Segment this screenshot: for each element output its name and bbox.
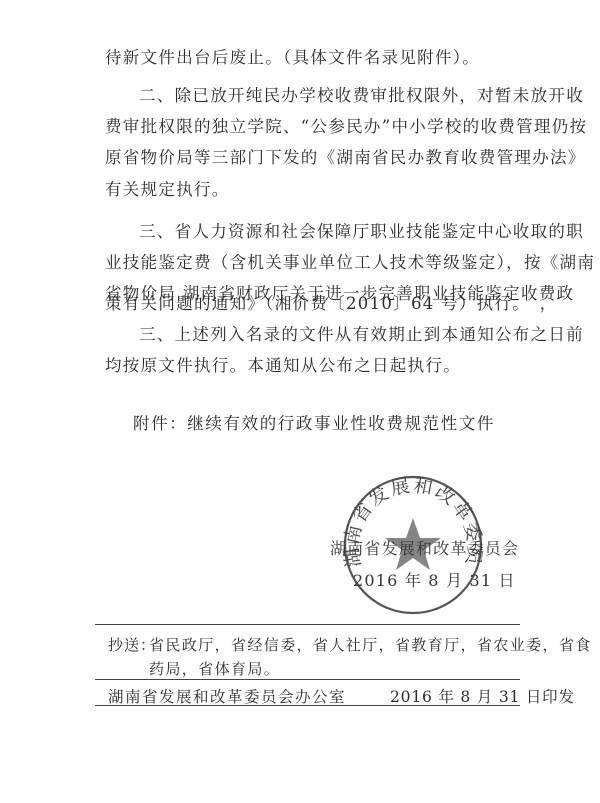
body-line-1: 待新文件出台后废止。（具体文件名录见附件）。 (105, 48, 480, 68)
body-line-4: 原省物价局等三部门下发的《湖南省民办教育收费管理办法》 (105, 148, 586, 168)
body-line-11: 均按原文件执行。本通知从公布之日起执行。 (105, 356, 461, 376)
body-line-2: 二、除已放开纯民办学校收费审批权限外，对暂未放开收 (139, 86, 584, 106)
divider-top (95, 624, 520, 625)
body-line-9: 策有关问题的通知》（湘价费〔2010〕64 号）执行。 ， (105, 294, 557, 314)
cc-line-1: 省民政厅，省经信委，省人社厅，省教育厅，省农业委，省食 (149, 634, 592, 655)
body-line-10: 三、上述列入名录的文件从有效期止到本通知公布之日前 (139, 325, 584, 345)
body-line-7: 业技能鉴定费（含机关事业单位工人技术等级鉴定），按《湖南 (105, 253, 595, 273)
body-line-6: 三、省人力资源和社会保障厅职业技能鉴定中心收取的职 (139, 222, 584, 242)
divider-middle (95, 679, 520, 680)
signature-date: 2016 年 8 月 31 日 (353, 568, 516, 591)
body-line-5: 有关规定执行。 (105, 180, 230, 200)
divider-bottom (95, 705, 520, 706)
cc-line-2: 药局，省体育局。 (149, 658, 280, 679)
body-line-3: 费审批权限的独立学院、“公参民办”中小学校的收费管理仍按 (105, 117, 587, 137)
issue-date: 2016 年 8 月 31 日印发 (390, 685, 575, 707)
attachment-note: 附件：继续有效的行政事业性收费规范性文件 (133, 414, 495, 434)
issuer-office: 湖南省发展和改革委员会办公室 (108, 685, 346, 707)
signature-org: 湖南省发展和改革委员会 (330, 536, 519, 559)
